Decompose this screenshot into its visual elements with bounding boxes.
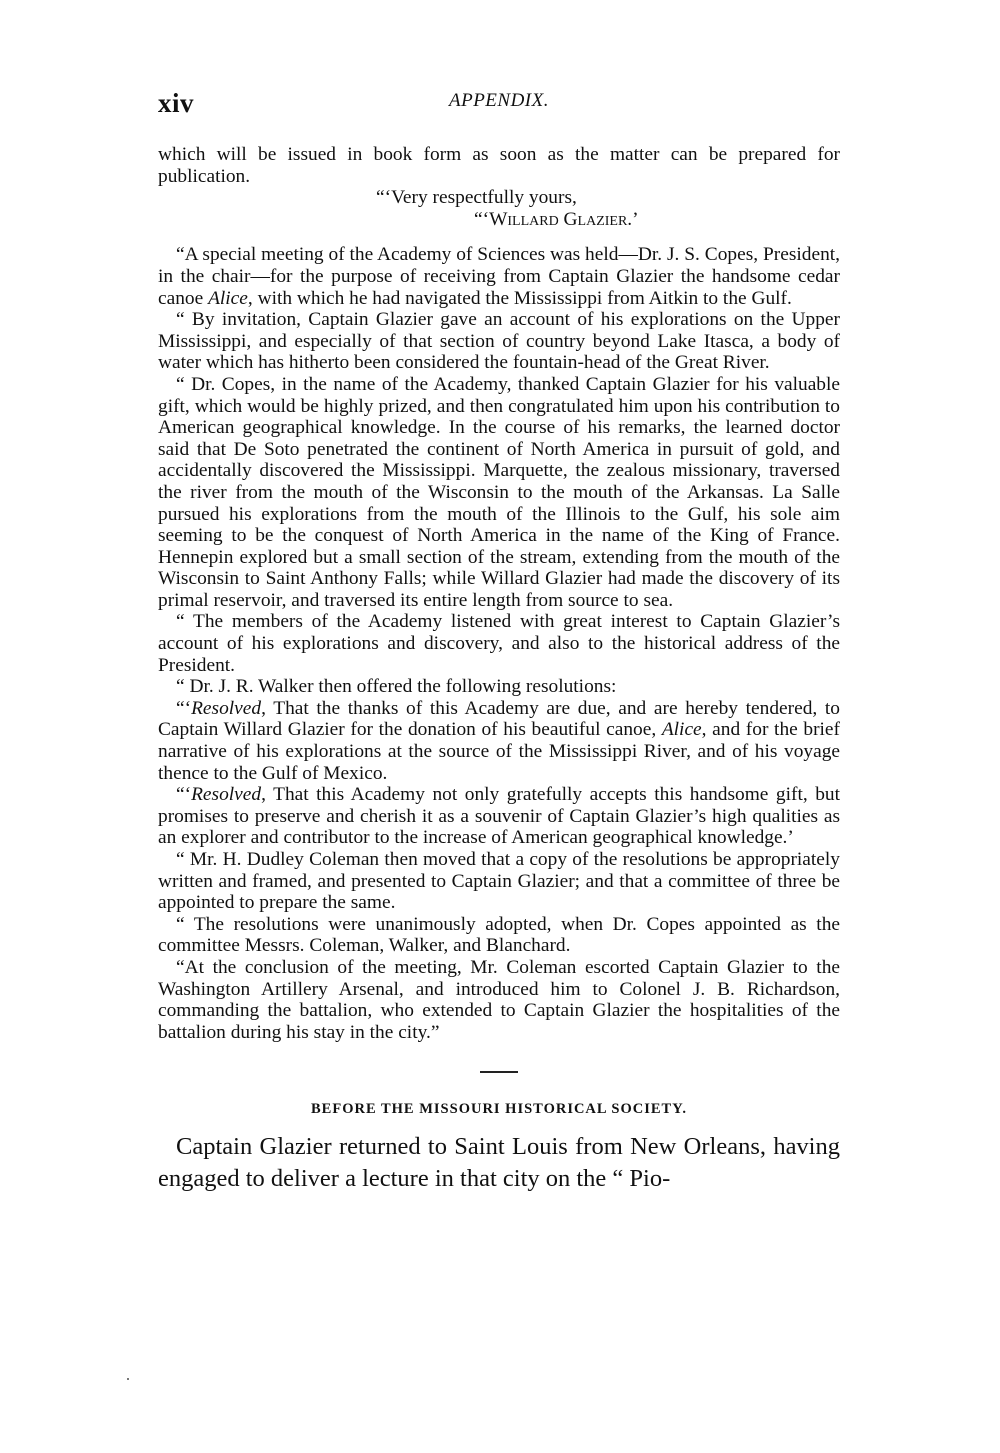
paragraph: “A special meeting of the Academy of Sci…: [158, 244, 840, 309]
letter-continuation: which will be issued in book form as soo…: [158, 144, 840, 187]
letter-signature: “‘Willard Glazier.’: [158, 209, 840, 231]
section-divider: [480, 1071, 518, 1073]
paragraph: “ Dr. Copes, in the name of the Academy,…: [158, 374, 840, 612]
paragraph: “ The resolutions were unanimously adopt…: [158, 914, 840, 957]
paragraph: “ Mr. H. Dudley Coleman then moved that …: [158, 849, 840, 914]
section-heading: BEFORE THE MISSOURI HISTORICAL SOCIETY.: [158, 1099, 840, 1121]
paragraph: “ The members of the Academy listened wi…: [158, 611, 840, 676]
page-body: which will be issued in book form as soo…: [158, 144, 840, 1195]
section-opening-paragraph: Captain Glazier returned to Saint Louis …: [158, 1131, 840, 1195]
running-title: APPENDIX.: [158, 90, 840, 112]
paragraph: “At the conclusion of the meeting, Mr. C…: [158, 957, 840, 1043]
section-body: Captain Glazier returned to Saint Louis …: [158, 1131, 840, 1195]
running-head: xiv APPENDIX.: [158, 88, 840, 118]
paragraph: “ By invitation, Captain Glazier gave an…: [158, 309, 840, 374]
paragraph: “ Dr. J. R. Walker then offered the foll…: [158, 676, 840, 698]
resolution-paragraph: “‘Resolved, That this Academy not only g…: [158, 784, 840, 849]
resolution-paragraph: “‘Resolved, That the thanks of this Acad…: [158, 698, 840, 784]
scan-speck: [127, 1378, 129, 1380]
spacer: [158, 230, 840, 244]
letter-valediction: “‘Very respectfully yours,: [158, 187, 840, 209]
